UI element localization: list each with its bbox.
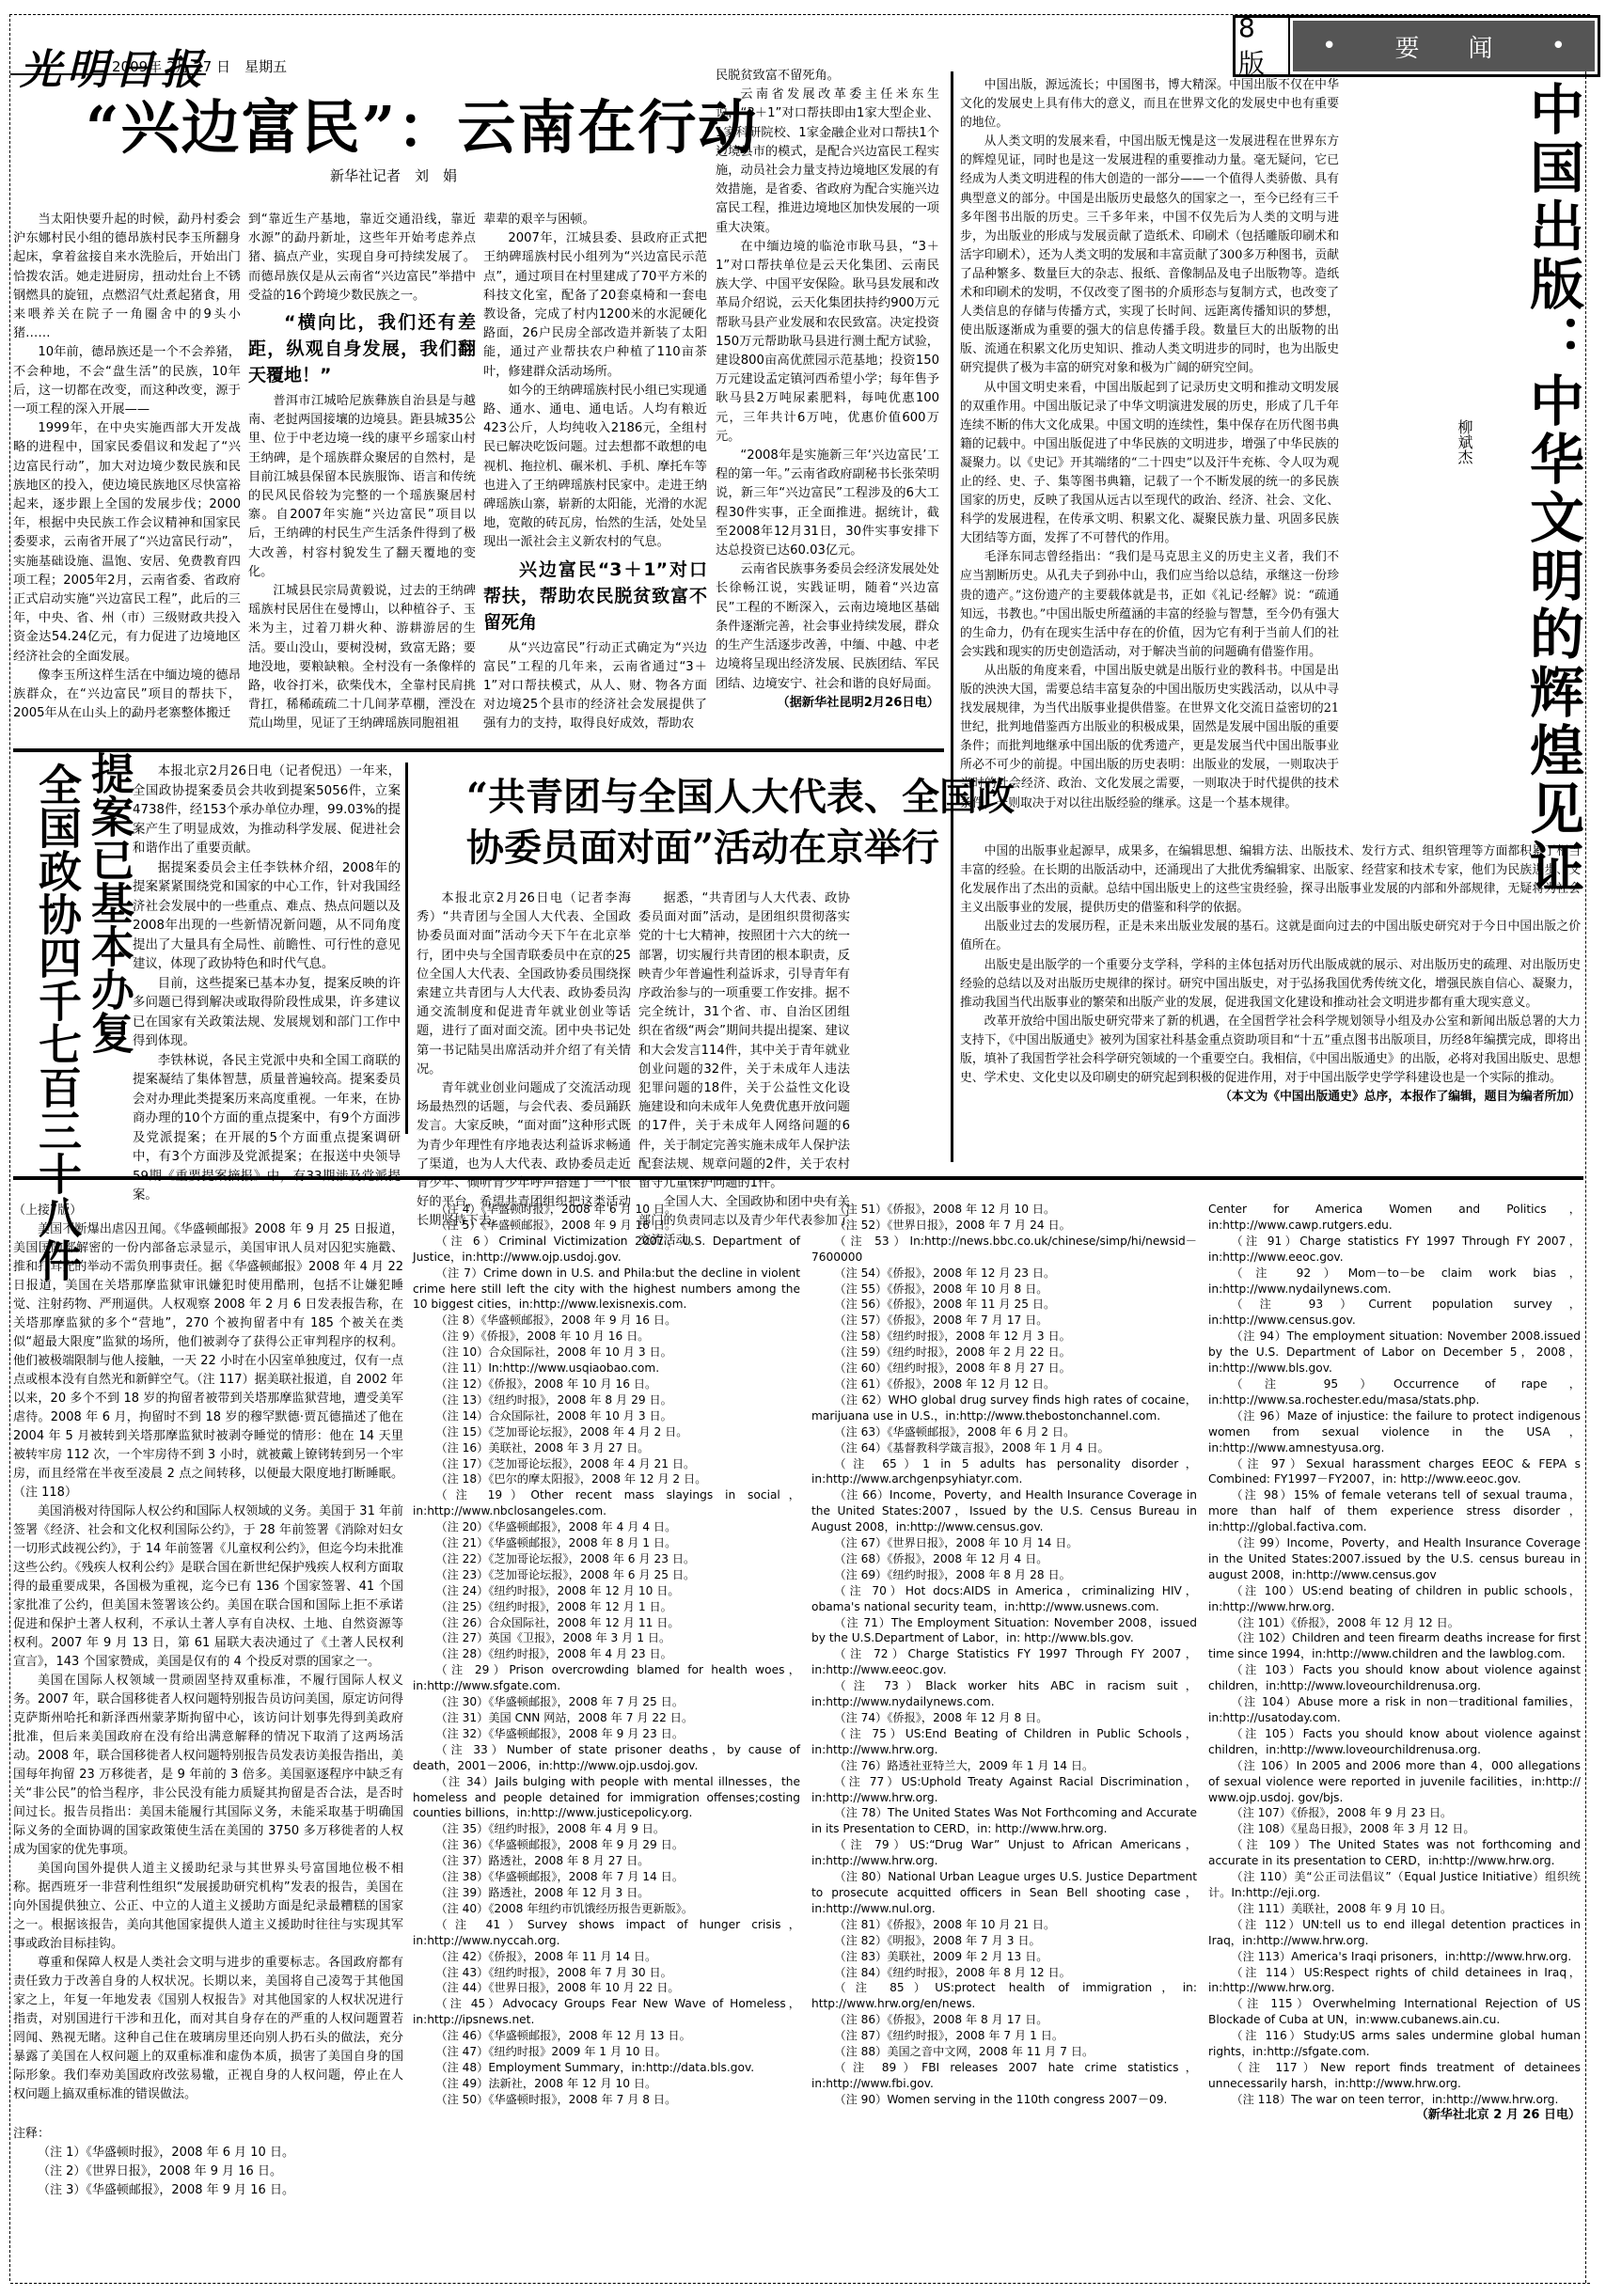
section-rule (13, 1176, 1583, 1180)
paragraph: 中国的出版事业起源早，成果多，在编辑思想、编辑方法、出版技术、发行方式、组织管理… (960, 842, 1581, 918)
section-rule (13, 748, 944, 752)
editor-note: （本文为《中国出版通史》总序，本报作了编辑，题目为编者所加） (960, 1088, 1581, 1107)
footnote: （注 74）《侨报》，2008 年 12 月 8 日。 (811, 1710, 1197, 1726)
footnote: （注 63）《华盛顿邮报》，2008 年 6 月 2 日。 (811, 1424, 1197, 1440)
footnote: （注 30）《华盛顿邮报》，2008 年 7 月 25 日。 (413, 1694, 800, 1710)
paragraph: 据悉，“共青团与人大代表、政协委员面对面”活动，是团组织贯彻落实党的十七大精神，… (638, 889, 850, 1193)
page-border-right (1585, 71, 1586, 2283)
paragraph: 当太阳快要升起的时候，勐丹村委会沪东娜村民小组的德昂族村民李玉所翻身起床，拿着盆… (13, 211, 241, 343)
paragraph: 如今的王纳碑瑶族村民小组已实现通路、通水、通电、通电话。人均有粮近423公斤，人… (483, 382, 707, 553)
footnote: （注 114）US:Respect rights of child detain… (1208, 1965, 1581, 1997)
footnote: （注 32）《华盛顿邮报》，2008 年 9 月 23 日。 (413, 1726, 800, 1742)
dateline: （新华社北京 2 月 26 日电） (1208, 2108, 1581, 2124)
paragraph: 从中国文明史来看，中国出版起到了记录历史文明和推动文明发展的双重作用。中国出版记… (960, 379, 1339, 549)
footnote: （注 25）《纽约时报》，2008 年 12 月 1 日。 (413, 1599, 800, 1615)
footnotes-column-3: （注 51）《侨报》，2008 年 12 月 10 日。 （注 52）《世界日报… (811, 1202, 1197, 2108)
paragraph: 据提案委员会主任李铁林介绍，2008年的提案紧紧围绕党和国家的中心工作，针对我国… (133, 859, 401, 975)
footnote: （注 118）The war on teen terror，in:http://… (1208, 2092, 1581, 2108)
footnote: （注 91）Charge statistics FY 1997 Through … (1208, 1234, 1581, 1266)
footnote: （注 40）《2008 年纽约市饥饿经历报告更新版》。 (413, 1901, 800, 1917)
dateline: （据新华社昆明2月26日电） (716, 694, 939, 713)
article1-column-3: 辈辈的艰辛与困顿。 2007年，江城县委、县政府正式把王纳碑瑶族村民小组列为“兴… (483, 211, 707, 734)
footnote: （注 23）《芝加哥论坛报》，2008 年 6 月 25 日。 (413, 1567, 800, 1583)
footnotes-column-4: Center for America Women and Politics，in… (1208, 1202, 1581, 2124)
paragraph: 从人类文明的发展来看，中国出版无愧是这一发展进程在世界东方的辉煌见证，同时也是这… (960, 133, 1339, 378)
masthead-underline (10, 73, 206, 75)
footnote: （注 69）《纽约时报》，2008 年 8 月 28 日。 (811, 1567, 1197, 1583)
footnote: （注 8）《华盛顿邮报》，2008 年 9 月 16 日。 (413, 1313, 800, 1329)
footnote: （注 90）Women serving in the 110th congres… (811, 2092, 1197, 2108)
subheadline: “横向比，我们还有差距，纵观自身发展，我们翻天覆地！” (248, 309, 476, 388)
paragraph: 李铁林说，各民主党派中央和全国工商联的提案凝结了集体智慧，质量普遍较高。提案委员… (133, 1052, 401, 1206)
footnote: （注 16）美联社，2008 年 3 月 27 日。 (413, 1440, 800, 1456)
footnote: （注 39）路透社，2008 年 12 月 3 日。 (413, 1885, 800, 1901)
footnote: （注 31）美国 CNN 网站，2008 年 7 月 22 日。 (413, 1710, 800, 1726)
article4-headline: 中国出版：中华文明的辉煌见证 (1519, 81, 1585, 897)
footnote: （注 66）Income，Poverty，and Health Insuranc… (811, 1487, 1197, 1535)
column-divider (405, 763, 408, 1134)
footnote: （注 51）《侨报》，2008 年 12 月 10 日。 (811, 1202, 1197, 1218)
edition-header: 8 版 • 要 闻 • (1233, 15, 1600, 77)
footnote: （注 76）路透社亚特兰大，2009 年 1 月 14 日。 (811, 1758, 1197, 1774)
paragraph: 江城县民宗局黄毅说，过去的王纳碑瑶族村民居住在曼博山，以种植谷子、玉米为主，过着… (248, 582, 476, 734)
paragraph: 普洱市江城哈尼族彝族自治县是与越南、老挝两国接壤的边境县。距县城35公里、位于中… (248, 392, 476, 582)
footnote: （注 55）《侨报》，2008 年 10 月 8 日。 (811, 1282, 1197, 1297)
article1-column-2: 到“靠近生产基地，靠近交通沿线，靠近水源”的勐丹新址，这些年开始考虑养点猪、搞点… (248, 211, 476, 734)
article4-body-lower: 中国的出版事业起源早，成果多，在编辑思想、编辑方法、出版技术、发行方式、组织管理… (960, 842, 1581, 1107)
footnote: （注 1）《华盛顿时报》，2008 年 6 月 10 日。 (13, 2144, 403, 2162)
footnote: （注 98）15% of female veterans tell of sex… (1208, 1487, 1581, 1535)
footnote: （注 28）《纽约时报》，2008 年 4 月 23 日。 (413, 1646, 800, 1662)
paragraph: 从“兴边富民”行动正式确定为“兴边富民”工程的几年来，云南省通过“3＋1”对口帮… (483, 639, 707, 734)
paragraph: 出版业过去的发展历程，正是未来出版业发展的基石。这就是面向过去的中国出版史研究对… (960, 918, 1581, 955)
article1-column-4: 民脱贫致富不留死角。 云南省发展改革委主任米东生说，“3＋1”对口帮扶即由1家大… (716, 67, 939, 713)
footnote: （注 88）美国之音中文网，2008 年 11 月 7 日。 (811, 2044, 1197, 2060)
footnote: （注 14）合众国际社，2008 年 10 月 3 日。 (413, 1408, 800, 1424)
paragraph: 像李玉所这样生活在中缅边境的德昂族群众，在“兴边富民”项目的帮扶下，2005年从… (13, 667, 241, 724)
paragraph: “2008年是实施新三年‘兴边富民’工程的第一年。”云南省政府副秘书长张荣明说，… (716, 447, 939, 560)
footnote: （注 6）Criminal Victimization 2007，U.S. De… (413, 1234, 800, 1266)
footnote: （注 110）美“公正司法倡议”（Equal Justice Initiativ… (1208, 1869, 1581, 1901)
footnote: （注 106）In 2005 and 2006 more than 4，000 … (1208, 1758, 1581, 1806)
footnote: （注 57）《侨报》，2008 年 7 月 17 日。 (811, 1313, 1197, 1329)
footnote: （注 65）1 in 5 adults has personality diso… (811, 1456, 1197, 1488)
footnote: （注 54）《侨报》，2008 年 12 月 23 日。 (811, 1266, 1197, 1282)
footnote: （注 84）《纽约时报》，2008 年 8 月 12 日。 (811, 1965, 1197, 1981)
footnote: （注 67）《世界日报》，2008 年 10 月 14 日。 (811, 1535, 1197, 1551)
footnote: （注 33）Number of state prisoner deaths，by… (413, 1742, 800, 1774)
footnote: （注 89）FBI releases 2007 hate crime stati… (811, 2060, 1197, 2092)
footnote: （注 109）The United States was not forthco… (1208, 1837, 1581, 1869)
footnote: （注 53）In:http://news.bbc.co.uk/chinese/s… (811, 1234, 1197, 1266)
paragraph: 出版史是出版学的一个重要分支学科，学科的主体包括对历代出版成就的展示、对出版历史… (960, 956, 1581, 1013)
subheadline: 兴边富民“3＋1”对口帮扶，帮助农民脱贫致富不留死角 (483, 557, 707, 636)
article2-body: 本报北京2月26日电（记者倪迅）一年来，全国政协提案委员会共收到提案5056件，… (133, 763, 401, 1206)
paragraph: 云南省发展改革委主任米东生说，“3＋1”对口帮扶即由1家大型企业、1家科研院校、… (716, 86, 939, 238)
footnote: （注 103）Facts you should know about viole… (1208, 1662, 1581, 1694)
paragraph: 毛泽东同志曾经指出：“我们是马克思主义的历史主义者，我们不应当割断历史。从孔夫子… (960, 548, 1339, 662)
footnote: （注 58）《纽约时报》，2008 年 12 月 3 日。 (811, 1329, 1197, 1345)
footnote: （注 97）Sexual harassment charges EEOC & F… (1208, 1456, 1581, 1488)
footnote: （注 50）《华盛顿时报》，2008 年 7 月 8 日。 (413, 2092, 800, 2108)
footnote: Center for America Women and Politics，in… (1208, 1202, 1581, 1234)
footnote: （注 15）《芝加哥论坛报》，2008 年 4 月 2 日。 (413, 1424, 800, 1440)
footnote: （注 4）《华盛顿时报》，2008 年 6 月 10 日。 (413, 1202, 800, 1218)
footnote: （注 37）路透社，2008 年 8 月 27 日。 (413, 1853, 800, 1869)
footnote: （注 117）New report finds treatment of det… (1208, 2060, 1581, 2092)
paragraph: 本报北京2月26日电（记者李海秀）“共青团与全国人大代表、全国政协委员面对面”活… (417, 889, 631, 1079)
bullet-icon: • (1551, 32, 1566, 60)
paragraph: 美国在国际人权领域一贯顽固坚持双重标准，不履行国际人权义务。2007 年，联合国… (13, 1672, 403, 1860)
footnote: （注 107）《侨报》，2008 年 9 月 23 日。 (1208, 1805, 1581, 1821)
footnote: （注 24）《纽约时报》，2008 年 12 月 10 日。 (413, 1583, 800, 1599)
paragraph: 美国消极对待国际人权公约和国际人权领域的义务。美国于 31 年前签署《经济、社会… (13, 1502, 403, 1672)
footnote: （注 79）US:“Drug War” Unjust to African Am… (811, 1837, 1197, 1869)
footnote: （注 113）America's Iraqi prisoners，in:http… (1208, 1949, 1581, 1965)
newspaper-page: 光明日报 2009年 2月 27 日 星期五 8 版 • 要 闻 • “兴边富民… (9, 14, 1590, 2281)
footnote: （注 101）《侨报》，2008 年 12 月 12 日。 (1208, 1615, 1581, 1631)
footnote: （注 108）《星岛日报》，2008 年 3 月 12 日。 (1208, 1821, 1581, 1837)
paragraph: 中国出版，源远流长；中国图书，博大精深。中国出版不仅在中华文化的发展史上具有伟大… (960, 76, 1339, 133)
footnote: （注 38）《华盛顿邮报》，2008 年 7 月 14 日。 (413, 1869, 800, 1885)
footnote: （注 82）《明报》，2008 年 7 月 3 日。 (811, 1933, 1197, 1949)
footnote: （注 12）《侨报》，2008 年 10 月 16 日。 (413, 1376, 800, 1392)
paragraph: 1999年，在中央实施西部大开发战略的进程中，国家民委倡议和发起了“兴边富民行动… (13, 419, 241, 667)
footnote: （注 81）《侨报》，2008 年 10 月 21 日。 (811, 1917, 1197, 1933)
footnote: （注 105）Facts you should know about viole… (1208, 1726, 1581, 1758)
footnote: （注 52）《世界日报》，2008 年 7 月 24 日。 (811, 1218, 1197, 1234)
byline: 新华社记者 刘 娟 (330, 165, 457, 185)
footnote: （注 73）Black worker hits ABC in racism su… (811, 1678, 1197, 1710)
footnote: （注 21）《华盛顿邮报》，2008 年 8 月 1 日。 (413, 1535, 800, 1551)
footnote: （注 7）Crime down in U.S. and Phila:but th… (413, 1266, 800, 1313)
footnote: （注 115）Overwhelming International Reject… (1208, 1996, 1581, 2028)
footnote: （注 68）《侨报》，2008 年 12 月 4 日。 (811, 1551, 1197, 1567)
footnotes-column-2: （注 4）《华盛顿时报》，2008 年 6 月 10 日。 （注 5）《华盛顿邮… (413, 1202, 800, 2108)
footnote: （注 27）英国《卫报》，2008 年 3 月 1 日。 (413, 1630, 800, 1646)
footnote: （注 46）《华盛顿邮报》，2008 年 12 月 13 日。 (413, 2028, 800, 2044)
section-label: 要 闻 (1394, 29, 1492, 64)
footnote: （注 26）合众国际社，2008 年 12 月 11 日。 (413, 1615, 800, 1631)
paragraph: 民脱贫致富不留死角。 (716, 67, 939, 86)
footnote: （注 86）《侨报》，2008 年 8 月 17 日。 (811, 2012, 1197, 2028)
footnote: （注 96）Maze of injustice: the failure to … (1208, 1408, 1581, 1456)
footnote: （注 19）Other recent mass slayings in soci… (413, 1487, 800, 1519)
footnote: （注 93）Current population survey，in:http:… (1208, 1297, 1581, 1329)
notes-label: 注释： (13, 2125, 403, 2144)
footnote: （注 112）UN:tell us to end illegal detenti… (1208, 1917, 1581, 1949)
footnote: （注 62）WHO global drug survey finds high … (811, 1392, 1197, 1424)
footnote: （注 111）美联社，2008 年 9 月 10 日。 (1208, 1901, 1581, 1917)
footnote: （注 20）《华盛顿邮报》，2008 年 4 月 4 日。 (413, 1519, 800, 1535)
footnote: （注 77）US:Uphold Treaty Against Racial Di… (811, 1774, 1197, 1806)
footnote: （注 29）Prison overcrowding blamed for hea… (413, 1662, 800, 1694)
footnote: （注 36）《华盛顿邮报》，2008 年 9 月 29 日。 (413, 1837, 800, 1853)
footnote: （注 11）In:http://www.usqiaobao.com. (413, 1360, 800, 1376)
article3-column-2: 据悉，“共青团与人大代表、政协委员面对面”活动，是团组织贯彻落实党的十七大精神，… (638, 889, 850, 1250)
footnote: （注 10）合众国际社，2008 年 10 月 3 日。 (413, 1345, 800, 1360)
footnote: （注 42）《侨报》，2008 年 11 月 14 日。 (413, 1949, 800, 1965)
paragraph: 从出版的角度来看，中国出版史就是出版行业的教科书。中国是出版的泱泱大国，需要总结… (960, 662, 1339, 813)
footnote: （注 83）美联社，2009 年 2 月 13 日。 (811, 1949, 1197, 1965)
footnote: （注 44）《世界日报》，2008 年 10 月 22 日。 (413, 1980, 800, 1996)
footnote: （注 72）Charge Statistics FY 1997 Through … (811, 1646, 1197, 1678)
footnote: （注 104）Abuse more a risk in non－traditio… (1208, 1694, 1581, 1726)
footnote: （注 3）《华盛顿邮报》，2008 年 9 月 16 日。 (13, 2181, 403, 2200)
footnote: （注 48）Employment Summary，in:http://data.… (413, 2060, 800, 2076)
footnote: （注 85）US:protect health of immigration，i… (811, 1980, 1197, 2012)
footnote: （注 43）《纽约时报》，2008 年 7 月 30 日。 (413, 1965, 800, 1981)
continued-label: （上接7版） (13, 1202, 403, 1220)
footnote: （注 100）US:end beating of children in pub… (1208, 1583, 1581, 1615)
footnote: （注 22）《芝加哥论坛报》，2008 年 6 月 23 日。 (413, 1551, 800, 1567)
footnote: （注 78）The United States Was Not Forthcom… (811, 1805, 1197, 1837)
footnote: （注 95）Occurrence of rape，in:http://www.s… (1208, 1376, 1581, 1408)
paragraph: 尊重和保障人权是人类社会文明与进步的重要标志。各国政府都有责任致力于改善自身的人… (13, 1954, 403, 2104)
footnote: （注 60）《纽约时报》，2008 年 8 月 27 日。 (811, 1360, 1197, 1376)
footnote: （注 45）Advocacy Groups Fear New Wave of H… (413, 1996, 800, 2028)
footnote: （注 116）Study:US arms sales undermine glo… (1208, 2028, 1581, 2060)
paragraph: 改革开放给中国出版史研究带来了新的机遇，在全国哲学社会科学规划领导小组及办公室和… (960, 1013, 1581, 1088)
footnote: （注 49）法新社，2008 年 12 月 10 日。 (413, 2076, 800, 2092)
article5-body: （上接7版） 美国不断爆出虐囚丑闻。《华盛顿邮报》2008 年 9 月 25 日… (13, 1202, 403, 2200)
paragraph: 美国向国外提供人道主义援助纪录与其世界头号富国地位极不相称。据西班牙一非营利性组… (13, 1860, 403, 1954)
footnote: （注 59）《纽约时报》，2008 年 2 月 22 日。 (811, 1345, 1197, 1360)
article3-column-1: 本报北京2月26日电（记者李海秀）“共青团与全国人大代表、全国政协委员面对面”活… (417, 889, 631, 1232)
article2-headline-sub: 提案已基本办复 (84, 751, 136, 1054)
paragraph: 目前，这些提案已基本办复，提案反映的许多问题已得到解决或取得阶段性成果，许多建议… (133, 975, 401, 1052)
paragraph: 云南省民族事务委员会经济发展处处长徐畅江说，实践证明，随着“兴边富民”工程的不断… (716, 560, 939, 693)
author-name: 柳斌杰 (1454, 419, 1475, 464)
paragraph: 2007年，江城县委、县政府正式把王纳碑瑶族村民小组列为“兴边富民示范点”，通过… (483, 229, 707, 382)
paragraph: 本报北京2月26日电（记者倪迅）一年来，全国政协提案委员会共收到提案5056件，… (133, 763, 401, 859)
footnote: （注 17）《芝加哥论坛报》，2008 年 4 月 21 日。 (413, 1456, 800, 1472)
footnote: （注 75）US:End Beating of Children in Publ… (811, 1726, 1197, 1758)
edition-number: 8 版 (1236, 18, 1290, 74)
footnote: （注 56）《侨报》，2008 年 11 月 25 日。 (811, 1297, 1197, 1313)
footnote: （注 64）《基督教科学箴言报》，2008 年 1 月 4 日。 (811, 1440, 1197, 1456)
paragraph: 10年前，德昂族还是一个不会养猪，不会种地，不会“盘生活”的民族，10年后，这一… (13, 343, 241, 419)
footnote: （注 47）《纽约时报》2009 年 1 月 10 日。 (413, 2044, 800, 2060)
paragraph: 美国不断爆出虐囚丑闻。《华盛顿邮报》2008 年 9 月 25 日报道，美国国防… (13, 1220, 403, 1502)
section-banner: • 要 闻 • (1293, 21, 1595, 71)
paragraph: 到“靠近生产基地，靠近交通沿线，靠近水源”的勐丹新址，这些年开始考虑养点猪、搞点… (248, 211, 476, 306)
footnote: （注 87）《纽约时报》，2008 年 7 月 1 日。 (811, 2028, 1197, 2044)
footnote: （注 94）The employment situation: November… (1208, 1329, 1581, 1376)
footnote: （注 99）Income，Poverty，and Health Insuranc… (1208, 1535, 1581, 1583)
footnote: （注 41）Survey shows impact of hunger cris… (413, 1917, 800, 1949)
article-headline-yunnan: “兴边富民”：云南在行动 (86, 81, 758, 165)
article1-column-1: 当太阳快要升起的时候，勐丹村委会沪东娜村民小组的德昂族村民李玉所翻身起床，拿着盆… (13, 211, 241, 723)
footnote: （注 92）Mom－to－be claim work bias，in:http:… (1208, 1266, 1581, 1297)
column-divider (951, 71, 953, 1162)
footnote: （注 61）《侨报》，2008 年 12 月 12 日。 (811, 1376, 1197, 1392)
footnote: （注 9）《侨报》，2008 年 10 月 16 日。 (413, 1329, 800, 1345)
footnote: （注 5）《华盛顿邮报》，2008 年 9 月 16 日。 (413, 1218, 800, 1234)
article4-body-upper: 中国出版，源远流长；中国图书，博大精深。中国出版不仅在中华文化的发展史上具有伟大… (960, 76, 1339, 813)
footnote: （注 35）《纽约时报》，2008 年 4 月 9 日。 (413, 1821, 800, 1837)
footnote: （注 34）Jails bulging with people with men… (413, 1774, 800, 1822)
page-border-bottom (10, 2283, 1590, 2284)
paragraph: 在中缅边境的临沧市耿马县，“3＋1”对口帮扶单位是云天化集团、云南民族大学、中国… (716, 238, 939, 447)
footnote: （注 80）National Urban League urges U.S. J… (811, 1869, 1197, 1917)
footnote: （注 13）《纽约时报》，2008 年 8 月 29 日。 (413, 1392, 800, 1408)
footnote: （注 2）《世界日报》，2008 年 9 月 16 日。 (13, 2162, 403, 2181)
footnote: （注 71）The Employment Situation: November… (811, 1615, 1197, 1647)
footnote: （注 102）Children and teen firearm deaths … (1208, 1630, 1581, 1662)
footnote: （注 18）《巴尔的摩太阳报》，2008 年 12 月 2 日。 (413, 1471, 800, 1487)
bullet-icon: • (1322, 32, 1336, 60)
paragraph: 辈辈的艰辛与困顿。 (483, 211, 707, 229)
footnote: （注 70）Hot docs:AIDS in America，criminali… (811, 1583, 1197, 1615)
